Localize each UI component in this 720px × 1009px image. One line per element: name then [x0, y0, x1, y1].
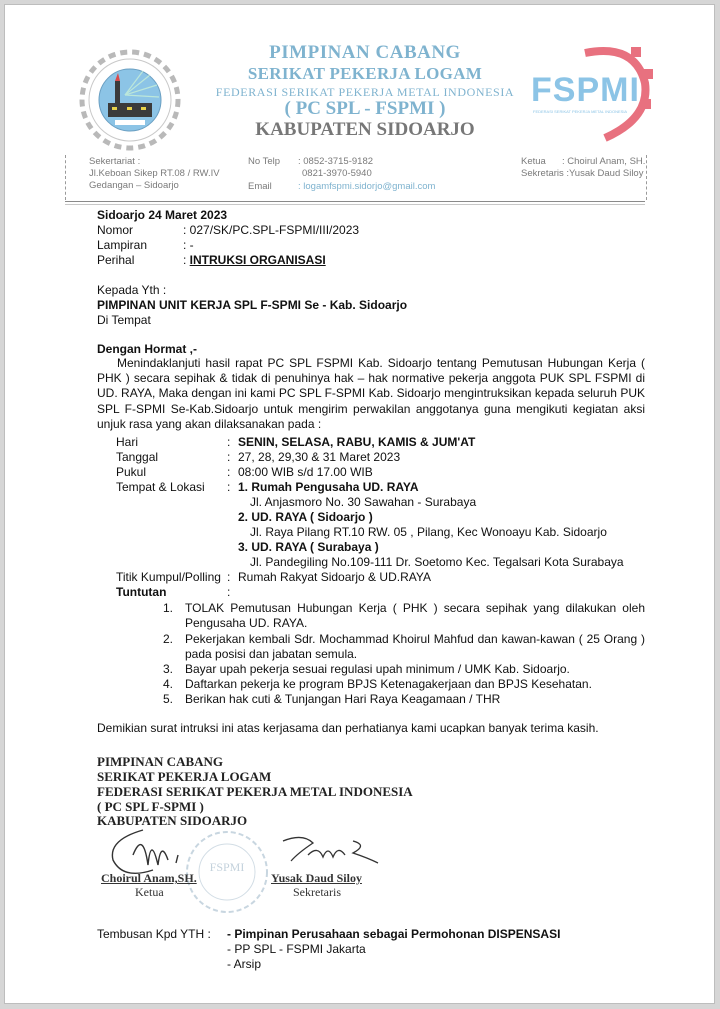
- demand-text: Pekerjakan kembali Sdr. Mochammad Khoiru…: [185, 632, 645, 662]
- fspmi-logo-subtext: FEDERASI SERIKAT PEKERJA METAL INDONESIA: [533, 109, 627, 114]
- perihal-row: : INTRUKSI ORGANISASI: [183, 253, 326, 267]
- location-3-title: 3. UD. RAYA ( Surabaya ): [238, 540, 379, 554]
- letterhead-divider: [65, 201, 645, 205]
- recipient-greeting: Kepada Yth :: [97, 283, 166, 297]
- fspmi-logo: FSPMI FEDERASI SERIKAT PEKERJA METAL IND…: [525, 43, 665, 143]
- recipient-place: Di Tempat: [97, 313, 151, 327]
- ketua-label: Ketua: [521, 156, 546, 168]
- sekretaris-value: Yusak Daud Siloy: [569, 168, 643, 180]
- cc-label: Tembusan Kpd YTH :: [97, 927, 211, 941]
- spl-gear-logo-icon: [75, 45, 185, 155]
- cc-item: - Arsip: [227, 957, 261, 971]
- titik-label: Titik Kumpul/Polling: [116, 570, 221, 584]
- titik-value: Rumah Rakyat Sidoarjo & UD.RAYA: [238, 570, 431, 584]
- demand-text: Daftarkan pekerja ke program BPJS Ketena…: [185, 677, 645, 692]
- signature-org-line2: SERIKAT PEKERJA LOGAM: [97, 770, 271, 785]
- demand-item: 5. Berikan hak cuti & Tunjangan Hari Ray…: [163, 692, 645, 707]
- signer-sekretaris-name: Yusak Daud Siloy: [271, 871, 362, 886]
- tuntutan-label: Tuntutan: [116, 585, 166, 599]
- nomor-label: Nomor: [97, 223, 133, 237]
- letterhead-abbrev: ( PC SPL - FSPMI ): [185, 98, 545, 120]
- pukul-value: 08:00 WIB s/d 17.00 WIB: [238, 465, 373, 479]
- signature-sekretaris-icon: [273, 833, 383, 873]
- demand-item: 1. TOLAK Pemutusan Hubungan Kerja ( PHK …: [163, 601, 645, 631]
- demand-number: 5.: [163, 692, 173, 707]
- nomor-value: : 027/SK/PC.SPL-FSPMI/III/2023: [183, 223, 359, 237]
- svg-text:FSPMI: FSPMI: [210, 860, 245, 874]
- signature-org-line1: PIMPINAN CABANG: [97, 755, 223, 770]
- perihal-colon: :: [183, 253, 190, 267]
- location-1-address: Jl. Anjasmoro No. 30 Sawahan - Surabaya: [250, 495, 476, 509]
- cc-item: - PP SPL - FSPMI Jakarta: [227, 942, 366, 956]
- recipient-name: PIMPINAN UNIT KERJA SPL F-SPMI Se - Kab.…: [97, 298, 407, 312]
- email-link[interactable]: : logamfspmi.sidorjo@gmail.com: [298, 181, 435, 193]
- tempat-label: Tempat & Lokasi: [116, 480, 205, 494]
- perihal-label: Perihal: [97, 253, 134, 267]
- salutation: Dengan Hormat ,-: [97, 342, 197, 356]
- location-3-address: Jl. Pandegiling No.109-111 Dr. Soetomo K…: [250, 555, 624, 569]
- ketua-value: : Choirul Anam, SH.: [562, 156, 645, 168]
- demand-number: 2.: [163, 632, 173, 647]
- letterhead-union: SERIKAT PEKERJA LOGAM: [185, 64, 545, 84]
- demand-item: 2. Pekerjakan kembali Sdr. Mochammad Kho…: [163, 632, 645, 662]
- signer-ketua-name: Choirul Anam,SH.: [101, 871, 197, 886]
- signer-sekretaris-role: Sekretaris: [293, 885, 341, 900]
- demand-number: 4.: [163, 677, 173, 692]
- signer-ketua-role: Ketua: [135, 885, 164, 900]
- pukul-colon: :: [227, 465, 230, 479]
- document-page: PIMPINAN CABANG SERIKAT PEKERJA LOGAM FE…: [4, 4, 715, 1004]
- body-paragraph-text: Menindaklanjuti hasil rapat PC SPL FSPMI…: [97, 356, 645, 431]
- tempat-colon: :: [227, 480, 230, 494]
- demand-item: 3. Bayar upah pekerja sesuai regulasi up…: [163, 662, 645, 677]
- phone-label: No Telp: [248, 156, 280, 168]
- lampiran-value: : -: [183, 238, 194, 252]
- place-date: Sidoarjo 24 Maret 2023: [97, 208, 227, 222]
- location-2-title: 2. UD. RAYA ( Sidoarjo ): [238, 510, 373, 524]
- hari-value: SENIN, SELASA, RABU, KAMIS & JUM'AT: [238, 435, 475, 449]
- tanggal-value: 27, 28, 29,30 & 31 Maret 2023: [238, 450, 400, 464]
- letterhead-region: KABUPATEN SIDOARJO: [185, 119, 545, 141]
- demand-number: 1.: [163, 601, 173, 616]
- hari-label: Hari: [116, 435, 138, 449]
- demand-number: 3.: [163, 662, 173, 677]
- sekretaris-label: Sekretaris :: [521, 168, 569, 180]
- tuntutan-colon: :: [227, 585, 230, 599]
- address-line2: Gedangan – Sidoarjo: [89, 180, 179, 192]
- hari-colon: :: [227, 435, 230, 449]
- letterhead-title: PIMPINAN CABANG: [185, 42, 545, 64]
- email-label: Email: [248, 181, 272, 193]
- location-2-address: Jl. Raya Pilang RT.10 RW. 05 , Pilang, K…: [250, 525, 607, 539]
- phone-1: : 0852-3715-9182: [298, 156, 373, 168]
- perihal-value: INTRUKSI ORGANISASI: [190, 253, 326, 267]
- tanggal-colon: :: [227, 450, 230, 464]
- closing-text: Demikian surat intruksi ini atas kerjasa…: [97, 721, 599, 735]
- titik-colon: :: [227, 570, 230, 584]
- demand-text: TOLAK Pemutusan Hubungan Kerja ( PHK ) s…: [185, 601, 645, 631]
- fspmi-logo-text: FSPMI: [531, 71, 640, 110]
- address-line1: Jl.Keboan Sikep RT.08 / RW.IV: [89, 168, 220, 180]
- phone-2: 0821-3970-5940: [302, 168, 372, 180]
- signature-org-line3: FEDERASI SERIKAT PEKERJA METAL INDONESIA: [97, 785, 413, 800]
- cc-item: - Pimpinan Perusahaan sebagai Permohonan…: [227, 927, 560, 941]
- secretariat-label: Sekertariat :: [89, 156, 140, 168]
- demand-item: 4. Daftarkan pekerja ke program BPJS Ket…: [163, 677, 645, 692]
- body-paragraph: Menindaklanjuti hasil rapat PC SPL FSPMI…: [97, 356, 645, 432]
- tanggal-label: Tanggal: [116, 450, 158, 464]
- pukul-label: Pukul: [116, 465, 146, 479]
- location-1-title: 1. Rumah Pengusaha UD. RAYA: [238, 480, 419, 494]
- demand-text: Bayar upah pekerja sesuai regulasi upah …: [185, 662, 645, 677]
- lampiran-label: Lampiran: [97, 238, 147, 252]
- demand-text: Berikan hak cuti & Tunjangan Hari Raya K…: [185, 692, 645, 707]
